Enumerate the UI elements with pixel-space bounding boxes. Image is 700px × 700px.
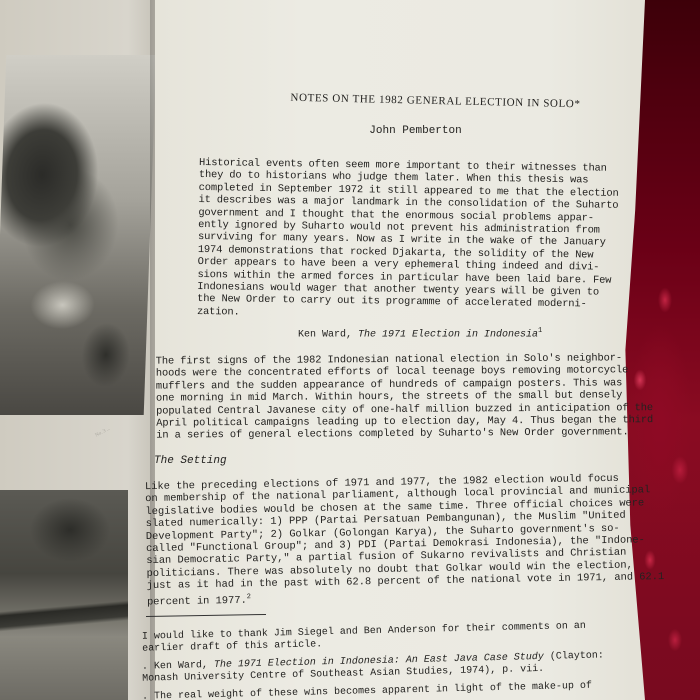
attribution-author: Ken Ward, <box>298 329 358 340</box>
footnote-2-suffix: (Clayton: <box>544 650 604 662</box>
section-heading: The Setting <box>154 455 623 467</box>
intro-paragraph: The first signs of the 1982 Indonesian n… <box>156 352 614 442</box>
footnote-2: . Ken Ward, The 1971 Election in Indones… <box>142 650 609 685</box>
left-page: No. 3 ... <box>0 0 160 700</box>
article-author: John Pemberton <box>208 125 623 137</box>
setting-paragraph: Like the preceding elections of 1971 and… <box>145 473 612 609</box>
epigraph-attribution: Ken Ward, The 1971 Election in Indonesia… <box>298 325 623 342</box>
photo-caption: No. 3 ... <box>95 427 112 439</box>
footnote-2-prefix: . Ken Ward, <box>142 660 214 673</box>
text-line: in a series of general elections complet… <box>156 427 613 443</box>
footnote-1: I would like to thank Jim Siegel and Ben… <box>142 620 609 655</box>
photo-street-scene <box>0 55 156 415</box>
article-page: NOTES ON THE 1982 GENERAL ELECTION IN SO… <box>168 95 623 700</box>
epigraph: Historical events often seem more import… <box>197 157 634 324</box>
photo-building <box>0 490 128 700</box>
footnote-marker: 2 <box>247 593 251 601</box>
footnote-marker: 1 <box>538 327 542 335</box>
attribution-work: The 1971 Election in Indonesia <box>358 329 538 340</box>
